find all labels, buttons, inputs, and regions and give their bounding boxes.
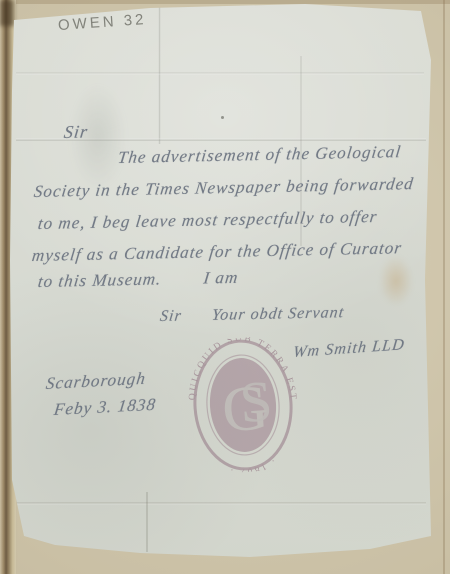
ink-speck	[221, 116, 224, 119]
letter-line: to this Museum. I am	[37, 268, 240, 292]
photographed-album-page: OWEN 32 Sir The advertisement of the Geo…	[0, 0, 450, 574]
fold-crease-horizontal	[14, 502, 426, 505]
letter-line: myself as a Candidate for the Office of …	[31, 238, 403, 266]
letter-salutation: Sir	[63, 121, 90, 142]
stamp-year: · 1807 ·	[226, 455, 277, 476]
geological-society-stamp: G S QUICQUID SUB TERRA EST · 1807 ·	[183, 334, 302, 475]
letter-closing: Sir Your obdt Servant	[159, 304, 345, 326]
letter-line: The advertisement of the Geological	[117, 142, 403, 168]
letter-date: Feby 3. 1838	[53, 395, 158, 420]
fold-crease-vertical	[158, 6, 161, 144]
album-right-crease	[443, 0, 445, 574]
gutter-corner-shadow	[0, 0, 14, 26]
letter-sheet: OWEN 32 Sir The advertisement of the Geo…	[0, 0, 450, 574]
page-top-shade	[0, 0, 450, 4]
letter-line: to me, I beg leave most respectfully to …	[37, 207, 379, 234]
fold-crease-vertical	[146, 492, 148, 552]
stamp-monogram-s-glyph: S	[238, 368, 275, 435]
letter-signature: Wm Smith LLD	[292, 336, 406, 362]
letter-place: Scarborough	[45, 369, 147, 394]
